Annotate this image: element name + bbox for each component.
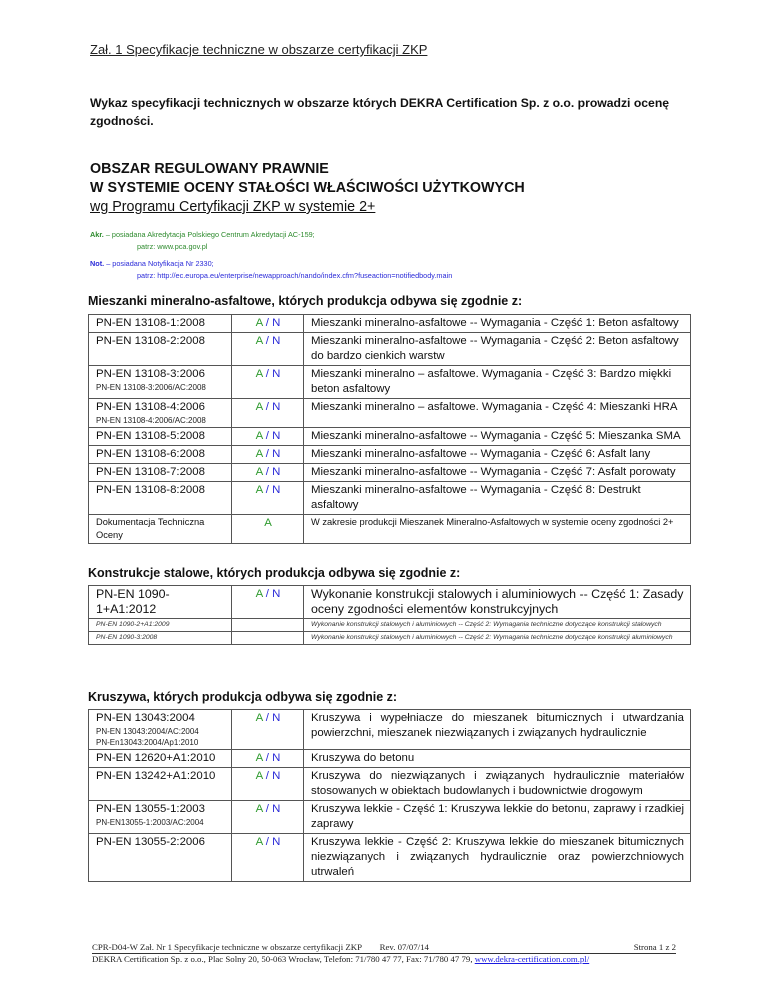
table-row: PN-EN 1090-2+A1:2009Wykonanie konstrukcj… [89, 619, 691, 632]
notification-mark: N [272, 368, 280, 380]
standard-amendment: PN-EN 13108-4:2006/AC:2008 [96, 415, 225, 426]
description-cell: Wykonanie konstrukcji stalowych i alumin… [304, 586, 691, 619]
footer-page: Strona 1 z 2 [634, 942, 676, 952]
separator: / [263, 712, 273, 724]
notification-mark: N [272, 448, 280, 460]
heading-line-1: OBSZAR REGULOWANY PRAWNIE [90, 160, 525, 179]
accreditation-cell: A / N [232, 333, 304, 366]
table-row: PN-EN 13108-2:2008A / NMieszanki mineral… [89, 333, 691, 366]
standard-code: PN-EN 12620+A1:2010 [96, 752, 215, 764]
accreditation-cell: A / N [232, 768, 304, 801]
table-row: PN-EN 13108-5:2008A / NMieszanki mineral… [89, 428, 691, 446]
accreditation-cell: A [232, 515, 304, 544]
standard-cell: PN-EN 13108-7:2008 [89, 464, 232, 482]
table-row: PN-EN 1090-1+A1:2012A / NWykonanie konst… [89, 586, 691, 619]
table-row: PN-EN 12620+A1:2010A / NKruszywa do beto… [89, 750, 691, 768]
accreditation-mark: A [264, 517, 272, 529]
standard-code: PN-EN 13108-1:2008 [96, 317, 205, 329]
separator: / [263, 368, 273, 380]
description-cell: Wykonanie konstrukcji stalowych i alumin… [304, 632, 691, 645]
separator: / [263, 430, 273, 442]
accreditation-cell [232, 632, 304, 645]
standard-cell: PN-EN 13108-1:2008 [89, 315, 232, 333]
legend-akr-link[interactable]: patrz: www.pca.gov.pl [90, 241, 315, 253]
standard-cell: PN-EN 13108-6:2008 [89, 446, 232, 464]
accreditation-mark: A [256, 401, 263, 413]
accreditation-cell: A / N [232, 428, 304, 446]
separator: / [263, 803, 273, 815]
accreditation-cell [232, 619, 304, 632]
standard-amendment: PN-EN 13108-3:2006/AC:2008 [96, 382, 225, 393]
description-cell: Mieszanki mineralno – asfaltowe. Wymagan… [304, 399, 691, 428]
description-cell: Mieszanki mineralno-asfaltowe -- Wymagan… [304, 446, 691, 464]
standard-code: PN-EN 1090-2+A1:2009 [96, 621, 170, 628]
table-row: PN-EN 1090-3:2008Wykonanie konstrukcji s… [89, 632, 691, 645]
description-cell: Kruszywa do betonu [304, 750, 691, 768]
accreditation-mark: A [256, 466, 263, 478]
page-footer: CPR-D04-W Zał. Nr 1 Specyfikacje technic… [92, 942, 676, 964]
legend-not: Not. – posiadana Notyfikacja Nr 2330; pa… [90, 258, 452, 282]
accreditation-cell: A / N [232, 586, 304, 619]
standard-code: PN-EN 13108-4:2006 [96, 401, 205, 413]
standard-amendment: PN-En13043:2004/Ap1:2010 [96, 737, 225, 748]
notification-mark: N [272, 770, 280, 782]
standard-cell: PN-EN 13108-4:2006PN-EN 13108-4:2006/AC:… [89, 399, 232, 428]
accreditation-cell: A / N [232, 482, 304, 515]
standard-cell: PN-EN 1090-2+A1:2009 [89, 619, 232, 632]
table-row: PN-EN 13108-6:2008A / NMieszanki mineral… [89, 446, 691, 464]
table-row: PN-EN 13108-1:2008A / NMieszanki mineral… [89, 315, 691, 333]
separator: / [263, 752, 273, 764]
separator: / [263, 448, 273, 460]
standard-code: PN-EN 13108-5:2008 [96, 430, 205, 442]
footer-address: DEKRA Certification Sp. z o.o., Plac Sol… [92, 954, 475, 964]
accreditation-mark: A [256, 368, 263, 380]
table-row: PN-EN 13108-8:2008A / NMieszanki mineral… [89, 482, 691, 515]
footer-rev: Rev. 07/07/14 [380, 942, 429, 952]
legend-akr-abbr: Akr. [90, 230, 104, 239]
standard-amendment: PN-EN 13043:2004/AC:2004 [96, 726, 225, 737]
standard-code: PN-EN 13055-2:2006 [96, 836, 205, 848]
standard-code: PN-EN 13108-3:2006 [96, 368, 205, 380]
legend-akr: Akr. – posiadana Akredytacja Polskiego C… [90, 229, 315, 253]
standard-code: PN-EN 13055-1:2003 [96, 803, 205, 815]
description-cell: Kruszywa lekkie - Część 1: Kruszywa lekk… [304, 801, 691, 834]
intro-paragraph: Wykaz specyfikacji technicznych w obszar… [90, 94, 680, 130]
legend-not-link[interactable]: patrz: http://ec.europa.eu/enterprise/ne… [90, 270, 452, 282]
description-cell: Mieszanki mineralno-asfaltowe -- Wymagan… [304, 428, 691, 446]
standard-amendment: PN-EN13055-1:2003/AC:2004 [96, 817, 225, 828]
standard-cell: PN-EN 1090-1+A1:2012 [89, 586, 232, 619]
notification-mark: N [272, 836, 280, 848]
standard-code: PN-EN 1090-3:2008 [96, 634, 157, 641]
accreditation-cell: A / N [232, 464, 304, 482]
notification-mark: N [272, 317, 280, 329]
description-cell: Mieszanki mineralno-asfaltowe -- Wymagan… [304, 464, 691, 482]
description-cell: Wykonanie konstrukcji stalowych i alumin… [304, 619, 691, 632]
legend-not-text: – posiadana Notyfikacja Nr 2330; [104, 259, 214, 268]
table-row: PN-EN 13055-1:2003PN-EN13055-1:2003/AC:2… [89, 801, 691, 834]
standard-code: PN-EN 13108-6:2008 [96, 448, 205, 460]
standard-code: Dokumentacja Techniczna Oceny [96, 517, 204, 540]
accreditation-cell: A / N [232, 710, 304, 750]
notification-mark: N [272, 335, 280, 347]
accreditation-cell: A / N [232, 750, 304, 768]
notification-mark: N [272, 712, 280, 724]
table-row: PN-EN 13108-3:2006PN-EN 13108-3:2006/AC:… [89, 366, 691, 399]
section-title: Mieszanki mineralno-asfaltowe, których p… [88, 294, 522, 308]
standard-cell: PN-EN 13108-3:2006PN-EN 13108-3:2006/AC:… [89, 366, 232, 399]
legend-akr-text: – posiadana Akredytacja Polskiego Centru… [104, 230, 315, 239]
separator: / [263, 770, 273, 782]
separator: / [263, 401, 273, 413]
standard-cell: PN-EN 13043:2004PN-EN 13043:2004/AC:2004… [89, 710, 232, 750]
notification-mark: N [272, 803, 280, 815]
notification-mark: N [272, 752, 280, 764]
notification-mark: N [272, 484, 280, 496]
standard-cell: PN-EN 13055-2:2006 [89, 834, 232, 882]
table-row: PN-EN 13055-2:2006A / NKruszywa lekkie -… [89, 834, 691, 882]
accreditation-mark: A [256, 836, 263, 848]
footer-doc-id: CPR-D04-W Zał. Nr 1 Specyfikacje technic… [92, 942, 362, 952]
accreditation-mark: A [256, 317, 263, 329]
accreditation-mark: A [256, 712, 263, 724]
standard-cell: PN-EN 13108-2:2008 [89, 333, 232, 366]
standard-cell: PN-EN 13108-8:2008 [89, 482, 232, 515]
footer-website-link[interactable]: www.dekra-certification.com.pl/ [475, 954, 589, 964]
accreditation-mark: A [256, 803, 263, 815]
accreditation-cell: A / N [232, 315, 304, 333]
accreditation-mark: A [256, 448, 263, 460]
heading-line-2: W SYSTEMIE OCENY STAŁOŚCI WŁAŚCIWOŚCI UŻ… [90, 179, 525, 198]
standard-code: PN-EN 13242+A1:2010 [96, 770, 215, 782]
notification-mark: N [272, 466, 280, 478]
accreditation-cell: A / N [232, 801, 304, 834]
standard-code: PN-EN 13108-7:2008 [96, 466, 205, 478]
separator: / [263, 484, 273, 496]
table-row: PN-EN 13108-4:2006PN-EN 13108-4:2006/AC:… [89, 399, 691, 428]
description-cell: Mieszanki mineralno – asfaltowe. Wymagan… [304, 366, 691, 399]
spec-table: PN-EN 13043:2004PN-EN 13043:2004/AC:2004… [88, 709, 691, 882]
separator: / [263, 317, 273, 329]
accreditation-cell: A / N [232, 446, 304, 464]
standard-code: PN-EN 13043:2004 [96, 712, 195, 724]
section-heading: OBSZAR REGULOWANY PRAWNIE W SYSTEMIE OCE… [90, 160, 525, 217]
standard-cell: PN-EN 13108-5:2008 [89, 428, 232, 446]
description-cell: Kruszywa i wypełniacze do mieszanek bitu… [304, 710, 691, 750]
legend-not-abbr: Not. [90, 259, 104, 268]
accreditation-cell: A / N [232, 366, 304, 399]
description-cell: Mieszanki mineralno-asfaltowe -- Wymagan… [304, 482, 691, 515]
accreditation-cell: A / N [232, 399, 304, 428]
accreditation-mark: A [256, 430, 263, 442]
description-cell: W zakresie produkcji Mieszanek Mineralno… [304, 515, 691, 544]
table-row: PN-EN 13108-7:2008A / NMieszanki mineral… [89, 464, 691, 482]
separator: / [263, 836, 273, 848]
description-cell: Kruszywa lekkie - Część 2: Kruszywa lekk… [304, 834, 691, 882]
standard-cell: PN-EN 13242+A1:2010 [89, 768, 232, 801]
spec-table: PN-EN 13108-1:2008A / NMieszanki mineral… [88, 314, 691, 544]
section-title: Konstrukcje stalowe, których produkcja o… [88, 566, 460, 580]
notification-mark: N [272, 401, 280, 413]
notification-mark: N [272, 588, 280, 600]
accreditation-mark: A [256, 588, 263, 600]
description-cell: Mieszanki mineralno-asfaltowe -- Wymagan… [304, 333, 691, 366]
standard-code: PN-EN 1090-1+A1:2012 [96, 587, 170, 616]
separator: / [263, 335, 273, 347]
accreditation-mark: A [256, 752, 263, 764]
standard-code: PN-EN 13108-8:2008 [96, 484, 205, 496]
separator: / [263, 466, 273, 478]
table-row: PN-EN 13242+A1:2010A / NKruszywa do niez… [89, 768, 691, 801]
separator: / [263, 588, 273, 600]
table-row: PN-EN 13043:2004PN-EN 13043:2004/AC:2004… [89, 710, 691, 750]
heading-line-3: wg Programu Certyfikacji ZKP w systemie … [90, 198, 525, 217]
spec-table: PN-EN 1090-1+A1:2012A / NWykonanie konst… [88, 585, 691, 645]
description-cell: Kruszywa do niezwiązanych i związanych h… [304, 768, 691, 801]
accreditation-mark: A [256, 335, 263, 347]
standard-cell: PN-EN 1090-3:2008 [89, 632, 232, 645]
standard-code: PN-EN 13108-2:2008 [96, 335, 205, 347]
table-row: Dokumentacja Techniczna OcenyAW zakresie… [89, 515, 691, 544]
accreditation-mark: A [256, 770, 263, 782]
standard-cell: PN-EN 12620+A1:2010 [89, 750, 232, 768]
standard-cell: PN-EN 13055-1:2003PN-EN13055-1:2003/AC:2… [89, 801, 232, 834]
accreditation-mark: A [256, 484, 263, 496]
section-title: Kruszywa, których produkcja odbywa się z… [88, 690, 397, 704]
standard-cell: Dokumentacja Techniczna Oceny [89, 515, 232, 544]
page-header: Zał. 1 Specyfikacje techniczne w obszarz… [90, 42, 427, 57]
description-cell: Mieszanki mineralno-asfaltowe -- Wymagan… [304, 315, 691, 333]
notification-mark: N [272, 430, 280, 442]
accreditation-cell: A / N [232, 834, 304, 882]
